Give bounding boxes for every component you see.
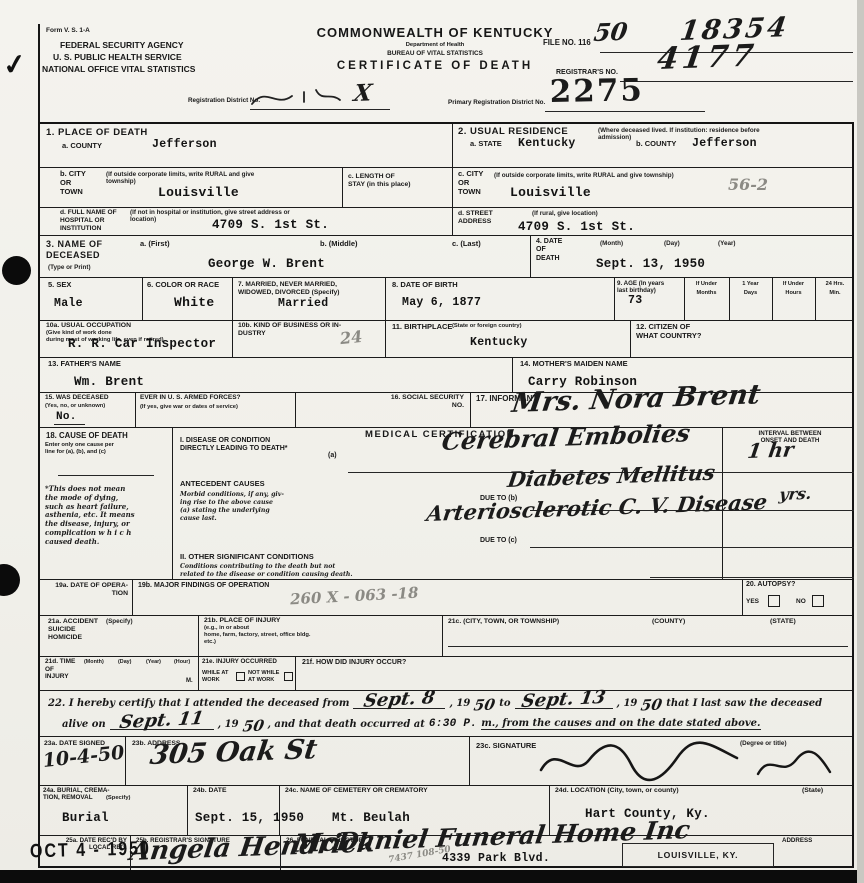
rule-line	[187, 785, 188, 835]
birthplace-note: (State or foreign country)	[452, 323, 522, 330]
scan-bottom-edge	[0, 870, 864, 883]
deceased-name-value: George W. Brent	[208, 257, 325, 271]
district-x-mark: X	[352, 79, 374, 107]
rule-line	[650, 577, 854, 578]
cause-of-death-footnote: *This does not mean the mode of dying, s…	[45, 485, 135, 546]
rule-line	[385, 277, 386, 320]
year-col-label: (Year)	[718, 240, 736, 247]
injury-state-label: (STATE)	[770, 618, 796, 626]
residence-county-label: b. COUNTY	[636, 140, 676, 149]
degree-scrawl	[752, 750, 838, 782]
accident-note: (Specify)	[106, 618, 133, 625]
rule-line	[469, 736, 470, 785]
street-address-note: (If rural, give location)	[532, 210, 598, 217]
state-label: a. STATE	[470, 140, 502, 149]
checkmark-annotation: ✓	[1, 47, 29, 83]
registrar-no-handwritten: 4177	[655, 38, 759, 77]
rule-line	[132, 579, 133, 615]
agency-line-3: NATIONAL OFFICE VITAL STATISTICS	[42, 64, 195, 74]
occupation-label: 10a. USUAL OCCUPATION	[46, 322, 131, 330]
cause-c-handwritten: Arteriosclerotic C. V. Disease	[425, 489, 769, 526]
rule-line	[452, 124, 453, 167]
district-code-handwritten: 56-2	[728, 175, 768, 194]
year-handwritten: 50	[242, 721, 264, 730]
certify-text: that I last saw the deceased	[666, 698, 822, 709]
operation-findings-label: 19b. MAJOR FINDINGS OF OPERATION	[138, 582, 269, 590]
form-row: 1. PLACE OF DEATH a. COUNTY Jefferson 2.…	[40, 124, 852, 168]
punch-hole	[0, 564, 20, 596]
agency-line-2: U. S. PUBLIC HEALTH SERVICE	[53, 52, 182, 62]
age-col-sub: Hours	[773, 290, 814, 297]
physician-address-handwritten: 305 Oak St	[148, 734, 319, 771]
city-value: Louisville	[158, 185, 239, 200]
form-row: 23a. DATE SIGNED 10-4-50 23b. ADDRESS 30…	[40, 736, 852, 786]
residence-city-value: Louisville	[510, 185, 591, 200]
rule-line	[198, 656, 199, 690]
certify-sentence-line-1: 22. I hereby certify that I attended the…	[48, 696, 822, 709]
form-row-medical-certification: 18. CAUSE OF DEATH Enter only one cause …	[40, 427, 852, 580]
rule-line	[448, 646, 848, 647]
while-at-work-label: WHILE AT WORK	[202, 670, 234, 683]
date-of-death-value: Sept. 13, 1950	[596, 257, 705, 271]
residence-city-label: c. CITY OR TOWN	[458, 170, 483, 197]
not-while-at-work-label: NOT WHILE AT WORK	[248, 670, 286, 683]
funeral-street-value: 4339 Park Blvd.	[442, 852, 550, 865]
date-of-operation-label: 19a. DATE OF OPERA- TION	[44, 582, 128, 598]
agency-line-1: FEDERAL SECURITY AGENCY	[60, 40, 184, 50]
birthplace-label: 11. BIRTHPLACE	[392, 323, 452, 332]
rule-line	[742, 579, 743, 615]
age-col-head: 1 Year	[730, 281, 771, 288]
injury-meridiem-label: M.	[186, 678, 193, 685]
rule-line	[442, 615, 443, 656]
rule-line	[135, 392, 136, 427]
race-value: White	[174, 295, 215, 310]
time-of-death-value: 6:30 P.	[429, 718, 477, 730]
rule-line	[530, 235, 531, 277]
time-of-injury-label: 21d. TIME OF INJURY	[45, 658, 75, 681]
form-row: 10a. USUAL OCCUPATION (Give kind of work…	[40, 320, 852, 358]
injury-day-label: (Day)	[118, 659, 131, 665]
type-or-print-note: (Type or Print)	[48, 264, 91, 271]
punch-hole	[2, 256, 31, 285]
rule-line	[614, 277, 615, 320]
last-seen-blank: Sept. 11	[110, 717, 214, 730]
state-value: Kentucky	[518, 137, 576, 150]
certify-text: , 19	[449, 698, 470, 709]
not-while-at-work-checkbox	[284, 672, 293, 681]
street-address-label: d. STREET ADDRESS	[458, 210, 493, 226]
primary-district-handwritten: 2275	[549, 72, 644, 110]
form-row: 21d. TIME OF INJURY (Month) (Day) (Year)…	[40, 656, 852, 691]
mother-name-label: 14. MOTHER'S MAIDEN NAME	[520, 360, 628, 369]
file-no-label: FILE NO. 116	[543, 38, 591, 47]
other-conditions-label: II. OTHER SIGNIFICANT CONDITIONS	[180, 553, 314, 562]
certify-text: , 19	[617, 698, 638, 709]
rule-line	[58, 475, 154, 476]
degree-or-title-label: (Degree or title)	[740, 740, 787, 747]
county-value: Jefferson	[152, 138, 217, 151]
rule-line	[232, 277, 233, 320]
rule-line	[512, 357, 513, 392]
rule-line	[142, 277, 143, 320]
length-of-stay-label: c. LENGTH OF STAY (in this place)	[348, 173, 411, 189]
city-note: (If outside corporate limits, write RURA…	[106, 171, 338, 186]
line-a-tag: (a)	[328, 452, 337, 460]
scan-right-edge	[857, 0, 864, 883]
primary-district-label: Primary Registration District No.	[448, 99, 545, 106]
rule-line	[198, 615, 199, 656]
sex-value: Male	[54, 297, 83, 310]
certify-text: , 19	[218, 719, 239, 730]
age-col-head: If Under	[773, 281, 814, 288]
marital-status-label: 7. MARRIED, NEVER MARRIED, WIDOWED, DIVO…	[238, 281, 339, 297]
injury-year-label: (Year)	[146, 659, 161, 665]
rule-line	[545, 111, 705, 112]
rule-line	[172, 427, 173, 579]
form-row: 5. SEX Male 6. COLOR OR RACE White 7. MA…	[40, 277, 852, 321]
cause-of-death-note: Enter only one cause per line for (a), (…	[45, 442, 114, 456]
certify-text: to	[499, 698, 510, 709]
rule-line	[279, 785, 280, 835]
armed-forces-value: No.	[54, 411, 85, 425]
county-label: a. COUNTY	[62, 142, 102, 151]
street-address-value: 4709 S. 1st St.	[518, 220, 635, 234]
funeral-city-box: LOUISVILLE, KY.	[622, 843, 774, 867]
certify-text: , and that death occurred at	[267, 719, 424, 730]
citizen-label: 12. CITIZEN OF WHAT COUNTRY?	[636, 323, 701, 341]
rule-line	[342, 167, 343, 207]
armed-forces-label-2: EVER IN U. S. ARMED FORCES?	[140, 394, 290, 402]
injury-occurred-label: 21e. INJURY OCCURRED	[202, 658, 294, 665]
date-received-stamp: OCT 4 - 1950	[30, 839, 151, 864]
rule-line	[620, 81, 853, 82]
sex-label: 5. SEX	[48, 281, 71, 290]
burial-date-value: Sept. 15, 1950	[195, 811, 304, 825]
form-row: b. CITY OR TOWN (If outside corporate li…	[40, 167, 852, 208]
age-col-head: If Under	[685, 281, 728, 288]
date-of-birth-label: 8. DATE OF BIRTH	[392, 281, 458, 290]
burial-date-label: 24b. DATE	[193, 787, 227, 795]
industry-handwritten: 24	[339, 327, 363, 348]
burial-location-label: 24d. LOCATION (City, town, or county)	[555, 787, 679, 795]
burial-label: 24a. BURIAL, CREMA- TION, REMOVAL	[43, 787, 109, 802]
file-no-handwritten-a: 50	[592, 17, 629, 47]
rule-line	[295, 656, 296, 690]
form-row: 15. WAS DECEASED (Yes, no, or unknown) N…	[40, 392, 852, 428]
age-col-sub: Months	[685, 290, 728, 297]
ssn-label: 16. SOCIAL SECURITY NO.	[302, 394, 464, 410]
form-code: Form V. S. 1-A	[46, 27, 90, 35]
form-row: 25a. DATE REC'D BY LOCAL REG. 25b. REGIS…	[40, 835, 852, 870]
place-of-injury-label: 21b. PLACE OF INJURY	[204, 617, 280, 625]
armed-forces-note: (Yes, no, or unknown)	[45, 403, 105, 410]
disease-condition-label: I. DISEASE OR CONDITION DIRECTLY LEADING…	[180, 437, 287, 454]
name-of-deceased-title: 3. NAME OF DECEASED	[46, 239, 103, 260]
occupation-value: R. R. Car Inspector	[68, 337, 216, 351]
physician-signature-scrawl	[535, 738, 745, 782]
rule-line	[630, 320, 631, 357]
last-seen-handwritten: Sept. 11	[119, 715, 204, 727]
certify-text: m., from the causes and on the date stat…	[481, 718, 760, 730]
autopsy-label: 20. AUTOPSY?	[746, 581, 795, 589]
interval-handwritten: 1 hr	[746, 437, 795, 463]
cause-b-handwritten: Diabetes Mellitus	[506, 460, 717, 492]
injury-month-label: (Month)	[84, 659, 104, 665]
rule-line	[38, 24, 40, 122]
residence-city-note: (If outside corporate limits, write RURA…	[494, 172, 834, 179]
death-certificate-document: ✓ Form V. S. 1-A FEDERAL SECURITY AGENCY…	[0, 0, 864, 883]
burial-value: Burial	[62, 811, 109, 825]
funeral-city-value: LOUISVILLE, KY.	[658, 850, 739, 860]
certificate-title: CERTIFICATE OF DEATH	[280, 60, 590, 74]
date-of-death-label: 4. DATE OF DEATH	[536, 238, 562, 263]
race-label: 6. COLOR OR RACE	[147, 281, 227, 290]
autopsy-yes-checkbox	[768, 595, 780, 607]
certify-text: alive on	[62, 719, 106, 730]
rule-line	[530, 547, 854, 548]
cemetery-value: Mt. Beulah	[332, 811, 410, 825]
armed-forces-note-2: (If yes, give war or dates of service)	[140, 404, 290, 411]
rule-line	[232, 320, 233, 357]
age-col-head: 24 Hrs.	[816, 281, 854, 288]
birthplace-value: Kentucky	[470, 336, 528, 349]
antecedent-causes-label: ANTECEDENT CAUSES	[180, 480, 265, 489]
burial-note: (Specify)	[106, 795, 130, 802]
rule-line	[470, 392, 471, 427]
attended-from-handwritten: Sept. 8	[363, 694, 435, 706]
institution-label: d. FULL NAME OF HOSPITAL OR INSTITUTION	[60, 209, 117, 232]
rule-line	[295, 392, 296, 427]
burial-location-state-label: (State)	[802, 787, 823, 795]
age-col-sub: Min.	[816, 290, 854, 297]
rule-line	[385, 320, 386, 357]
armed-forces-label: 15. WAS DECEASED	[45, 394, 109, 402]
morbid-conditions-note: Morbid conditions, if any, giv- ing rise…	[180, 491, 284, 523]
day-col-label: (Day)	[664, 240, 680, 247]
form-row: 3. NAME OF DECEASED (Type or Print) a. (…	[40, 235, 852, 278]
cause-of-death-label: 18. CAUSE OF DEATH	[46, 431, 128, 440]
year-handwritten: 50	[474, 700, 496, 709]
autopsy-yes-label: YES	[746, 598, 759, 606]
marital-status-value: Married	[278, 297, 328, 310]
city-label: b. CITY OR TOWN	[60, 170, 86, 197]
form-row: d. FULL NAME OF HOSPITAL OR INSTITUTION …	[40, 207, 852, 236]
autopsy-no-label: NO	[796, 598, 806, 606]
accident-suicide-label: 21a. ACCIDENT SUICIDE HOMICIDE	[48, 618, 98, 642]
operation-findings-pencil: 260 X - 063 -18	[290, 584, 419, 609]
cemetery-label: 24c. NAME OF CEMETERY OR CREMATORY	[285, 787, 428, 795]
place-of-injury-note: (e.g., in or about home, farm, factory, …	[204, 625, 436, 645]
industry-label: 10b. KIND OF BUSINESS OR IN- DUSTRY	[238, 322, 341, 338]
bureau-line: BUREAU OF VITAL STATISTICS	[280, 50, 590, 58]
usual-residence-title: 2. USUAL RESIDENCE	[458, 126, 568, 137]
cause-c-duration-handwritten: yrs.	[778, 484, 813, 504]
attended-to-blank: Sept. 13	[515, 696, 613, 709]
place-of-death-title: 1. PLACE OF DEATH	[46, 127, 148, 138]
funeral-address-label: ADDRESS	[782, 837, 812, 844]
due-to-c-label: DUE TO (c)	[480, 537, 517, 545]
middle-name-label: b. (Middle)	[320, 240, 358, 249]
attended-from-blank: Sept. 8	[353, 696, 445, 709]
form-row: 21a. ACCIDENT SUICIDE HOMICIDE (Specify)…	[40, 615, 852, 657]
injury-hour-label: (Hour)	[174, 659, 190, 665]
age-value: 73	[628, 294, 642, 307]
rule-line	[452, 167, 453, 207]
how-injury-occurred-label: 21f. HOW DID INJURY OCCUR?	[302, 659, 406, 667]
handwriting-scrawl	[248, 84, 348, 110]
rule-line	[250, 109, 390, 110]
rule-line	[452, 207, 453, 235]
injury-city-label: 21c. (CITY, TOWN, OR TOWNSHIP)	[448, 618, 559, 626]
age-label: 9. AGE (In years last birthday)	[617, 280, 664, 295]
form-row: 19a. DATE OF OPERA- TION 19b. MAJOR FIND…	[40, 579, 852, 616]
residence-county-value: Jefferson	[692, 137, 757, 150]
institution-value: 4709 S. 1st St.	[212, 218, 329, 232]
other-conditions-note: Conditions contributing to the death but…	[180, 563, 353, 579]
while-at-work-checkbox	[236, 672, 245, 681]
autopsy-no-checkbox	[812, 595, 824, 607]
date-of-birth-value: May 6, 1877	[402, 296, 481, 309]
injury-county-label: (COUNTY)	[652, 618, 685, 626]
attended-to-handwritten: Sept. 13	[521, 694, 606, 706]
certify-sentence-line-2: alive on Sept. 11 , 19 50 , and that dea…	[62, 717, 761, 730]
father-name-value: Wm. Brent	[74, 375, 144, 389]
age-col-sub: Days	[730, 290, 771, 297]
year-handwritten: 50	[641, 700, 663, 709]
father-name-label: 13. FATHER'S NAME	[48, 360, 121, 369]
first-name-label: a. (First)	[140, 240, 170, 249]
month-col-label: (Month)	[600, 240, 623, 247]
form-row-certify: 22. I hereby certify that I attended the…	[40, 690, 852, 737]
last-name-label: c. (Last)	[452, 240, 481, 249]
signature-label: 23c. SIGNATURE	[476, 742, 536, 751]
certificate-form-grid: 1. PLACE OF DEATH a. COUNTY Jefferson 2.…	[38, 122, 854, 868]
